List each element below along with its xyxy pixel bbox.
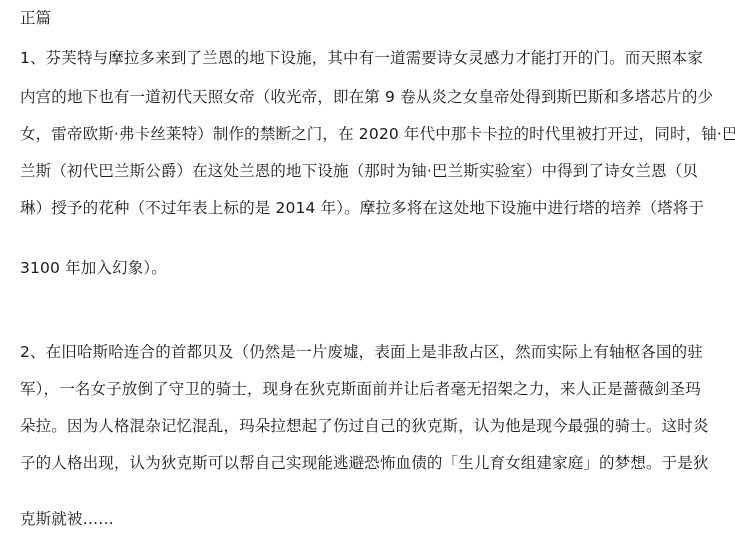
paragraph-line: 军），一名女子放倒了守卫的骑士，现身在狄克斯面前并让后者毫无招架之力，来人正是蔷… (20, 378, 701, 400)
paragraph-line: 兰斯（初代巴兰斯公爵）在这处兰恩的地下设施（那时为铀·巴兰斯实验室）中得到了诗女… (20, 160, 698, 182)
paragraph-line: 琳）授予的花种（不过年表上标的是 2014 年）。摩拉多将在这处地下设施中进行塔… (20, 197, 704, 219)
section-heading: 正篇 (20, 7, 51, 29)
paragraph-line: 1、芬芙特与摩拉多来到了兰恩的地下设施，其中有一道需要诗女灵感力才能打开的门。而… (20, 47, 703, 69)
paragraph-line: 朵拉。因为人格混杂记忆混乱，玛朵拉想起了伤过自己的狄克斯，认为他是现今最强的骑士… (20, 415, 709, 437)
paragraph-line: 克斯就被…… (20, 508, 114, 530)
paragraph-line: 2、在旧哈斯哈连合的首都贝及（仍然是一片废墟，表面上是非敌占区，然而实际上有轴枢… (20, 341, 703, 363)
paragraph-line: 女，雷帝欧斯·弗卡丝莱特）制作的禁断之门，在 2020 年代中那卡卡拉的时代里被… (20, 123, 735, 145)
paragraph-line: 子的人格出现，认为狄克斯可以帮自己实现能逃避恐怖血债的「生儿育女组建家庭」的梦想… (20, 452, 709, 474)
paragraph-line: 3100 年加入幻象）。 (20, 257, 167, 279)
paragraph-line: 内宫的地下也有一道初代天照女帝（收光帝，即在第 9 卷从炎之女皇帝处得到斯巴斯和… (20, 86, 713, 108)
